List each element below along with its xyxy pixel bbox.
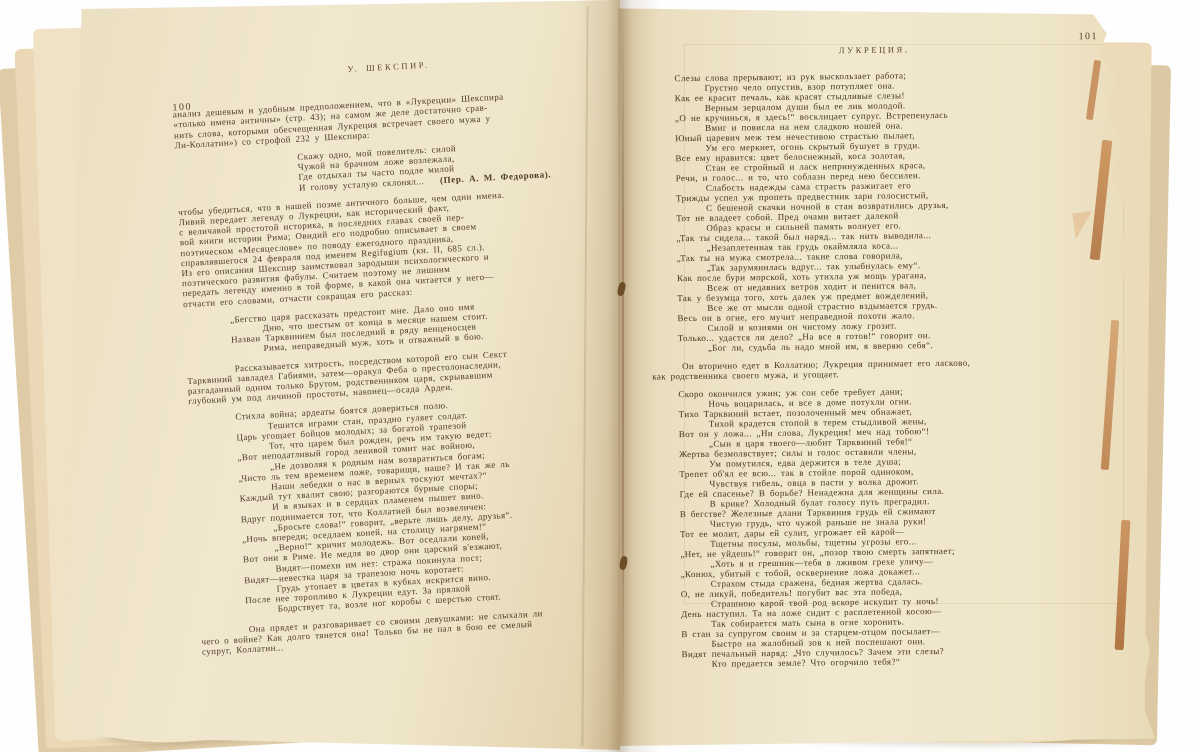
page-number: 100 xyxy=(172,102,192,113)
right-page-text: 101 ЛУКРЕЦИЯ. Слезы слова прерывают; из … xyxy=(648,34,1108,669)
page-number: 101 xyxy=(1078,32,1098,42)
text-blocks: Слезы слова прерывают; из рук выскользае… xyxy=(648,68,1107,669)
prose-block: Он вторично едет в Коллатию; Лукреция пр… xyxy=(652,356,1104,382)
verse-block: Слезы слова прерывают; из рук выскользае… xyxy=(648,68,1103,354)
book-photo-background: У. ШЕКСПИР. 100 анализ дешевым и удобным… xyxy=(0,0,1200,752)
verse-block: Скоро окончился ужин; уж сон себе требуе… xyxy=(652,384,1107,670)
verse-quote-block: Скажу одно, мой повелитель: силойЧужой н… xyxy=(297,135,613,193)
left-page-text: У. ШЕКСПИР. 100 анализ дешевым и удобным… xyxy=(171,50,638,657)
prose-block: чтобы убедиться, что в нашей поэме антич… xyxy=(178,184,619,309)
running-title: ЛУКРЕЦИЯ. xyxy=(648,42,1100,58)
verse-block: Стихла война; ардеаты боятся довериться … xyxy=(189,391,635,618)
text-blocks: анализ дешевым и удобным предположением,… xyxy=(173,86,638,657)
